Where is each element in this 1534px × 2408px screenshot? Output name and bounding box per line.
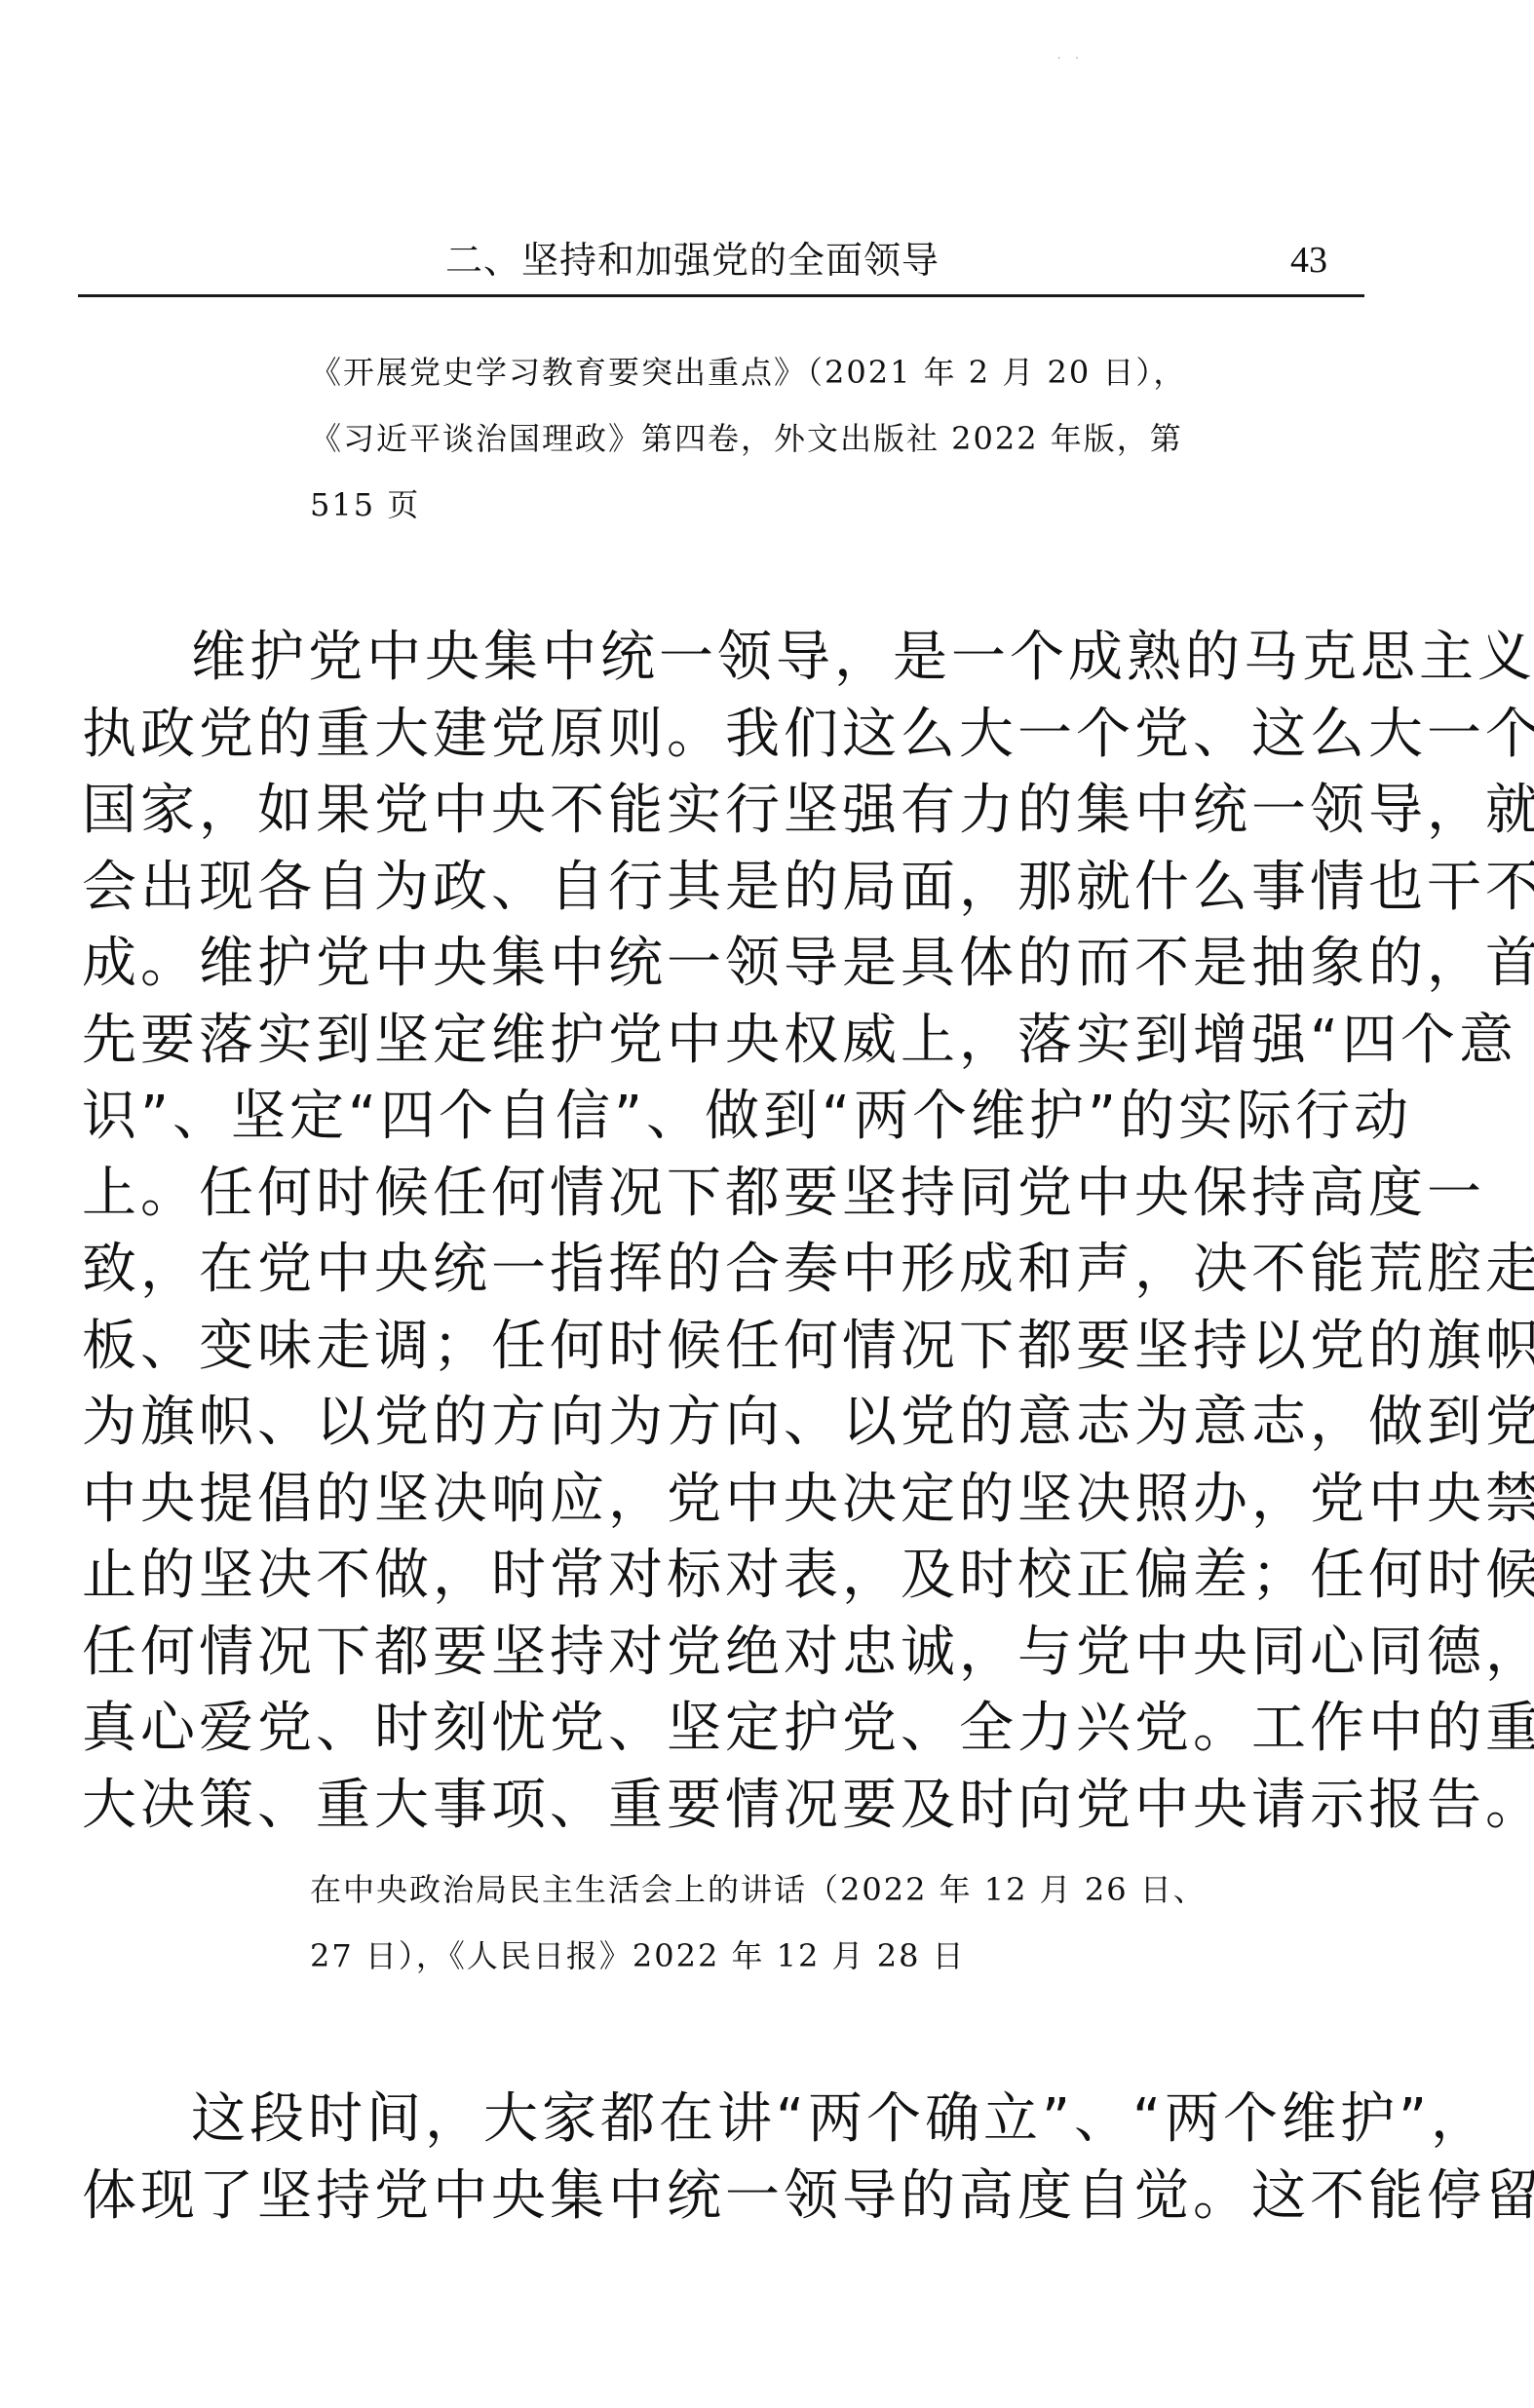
text-line: 国家，如果党中央不能实行坚强有力的集中统一领导，就 [82,773,1349,850]
text-line: 识”、坚定“四个自信”、做到“两个维护”的实际行动 [82,1079,1349,1156]
citation-line: 在中央政治局民主生活会上的讲话（2022 年 12 月 26 日、 [310,1856,1372,1923]
scan-artifact: · · [1057,54,1085,64]
source-citation-top: 《开展党史学习教育要突出重点》（2021 年 2 月 20 日）， 《习近平谈治… [310,339,1372,538]
source-citation-bottom: 在中央政治局民主生活会上的讲话（2022 年 12 月 26 日、 27 日），… [310,1856,1372,1989]
text-line: 体现了坚持党中央集中统一领导的高度自觉。这不能停留 [82,2159,1349,2236]
text-line: 为旗帜、以党的方向为方向、以党的意志为意志，做到党 [82,1385,1349,1462]
text-line: 维护党中央集中统一领导，是一个成熟的马克思主义 [82,620,1349,697]
text-line: 中央提倡的坚决响应，党中央决定的坚决照办，党中央禁 [82,1462,1349,1539]
text-line: 任何情况下都要坚持对党绝对忠诚，与党中央同心同德， [82,1615,1349,1692]
text-line: 成。维护党中央集中统一领导是具体的而不是抽象的，首 [82,926,1349,1003]
running-header: 二、坚持和加强党的全面领导 43 [78,230,1364,294]
quote-paragraph: 这段时间，大家都在讲“两个确立”、“两个维护”， 体现了坚持党中央集中统一领导的… [82,2082,1349,2235]
quote-paragraph: 维护党中央集中统一领导，是一个成熟的马克思主义 执政党的重大建党原则。我们这么大… [82,620,1349,1844]
text-line: 这段时间，大家都在讲“两个确立”、“两个维护”， [82,2082,1349,2159]
citation-line: 27 日），《人民日报》2022 年 12 月 28 日 [310,1923,1372,1989]
text-line: 大决策、重大事项、重要情况要及时向党中央请示报告。 [82,1768,1349,1845]
text-line: 先要落实到坚定维护党中央权威上，落实到增强“四个意 [82,1003,1349,1080]
text-line: 板、变味走调；任何时候任何情况下都要坚持以党的旗帜 [82,1309,1349,1386]
text-line: 致，在党中央统一指挥的合奏中形成和声，决不能荒腔走 [82,1232,1349,1309]
header-rule [78,294,1364,297]
citation-line: 《习近平谈治国理政》第四卷，外文出版社 2022 年版，第 [310,405,1372,472]
text-line: 真心爱党、时刻忧党、坚定护党、全力兴党。工作中的重 [82,1691,1349,1768]
chapter-title: 二、坚持和加强党的全面领导 [445,236,940,285]
text-line: 止的坚决不做，时常对标对表，及时校正偏差；任何时候 [82,1538,1349,1615]
text-line: 执政党的重大建党原则。我们这么大一个党、这么大一个 [82,697,1349,774]
page-number: 43 [1290,236,1327,285]
text-line: 会出现各自为政、自行其是的局面，那就什么事情也干不 [82,850,1349,927]
text-line: 上。任何时候任何情况下都要坚持同党中央保持高度一 [82,1156,1349,1233]
citation-line: 515 页 [310,472,1372,538]
citation-line: 《开展党史学习教育要突出重点》（2021 年 2 月 20 日）， [310,339,1372,405]
